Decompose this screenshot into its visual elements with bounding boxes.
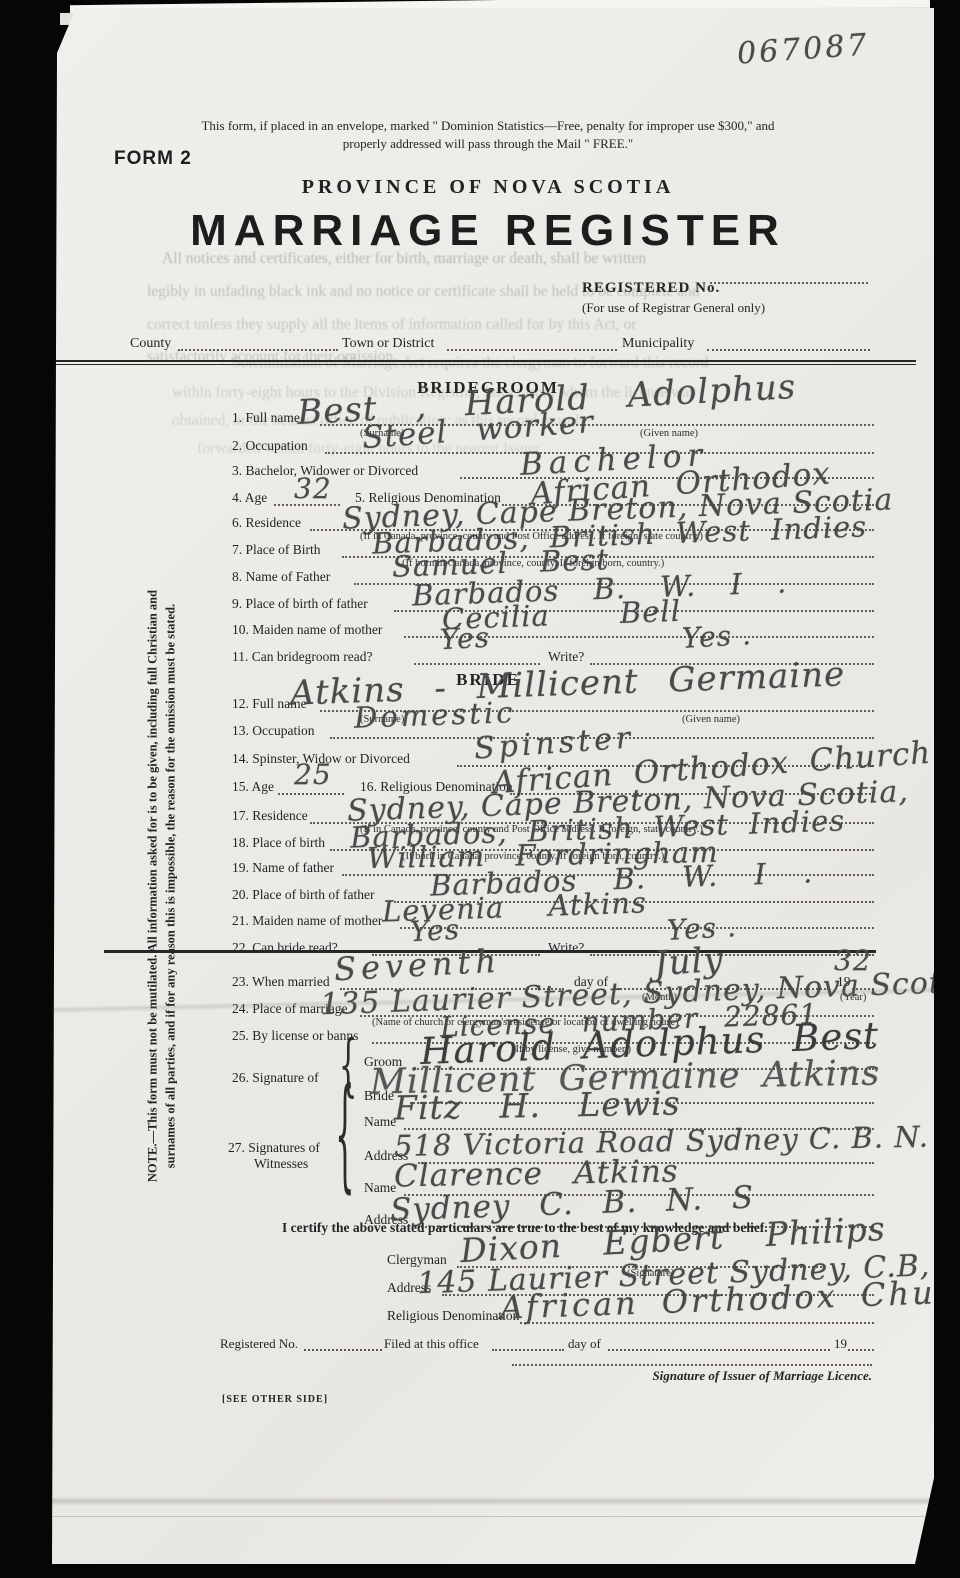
- field-label-bride-age: 15. Age: [232, 779, 274, 795]
- field-label-residence: 6. Residence: [232, 515, 301, 531]
- witness1-name-label: Name: [364, 1114, 396, 1130]
- see-other-side-note: [SEE OTHER SIDE]: [222, 1394, 328, 1405]
- ghost-bleed-line: Solemnization of Marriage Act requires t…: [232, 354, 709, 372]
- dotted-line: [710, 282, 868, 284]
- field-label-bride-mother: 21. Maiden name of mother: [232, 913, 382, 929]
- dotted-line: [400, 927, 874, 929]
- field-label-age: 4. Age: [232, 490, 267, 506]
- province-heading: PROVINCE OF NOVA SCOTIA: [42, 176, 934, 199]
- handwritten-bride-occupation: Domestic: [353, 695, 516, 735]
- dotted-line: [278, 793, 344, 795]
- write-label: Write?: [548, 940, 584, 956]
- dotted-line: [304, 1349, 382, 1351]
- marriage-register-page: All notices and certificates, either for…: [42, 8, 934, 1564]
- handwritten-bridegroom-can-read: Yes: [439, 621, 491, 657]
- dotted-line: [608, 1349, 830, 1351]
- field-label-signature-of: 26. Signature of: [232, 1070, 319, 1086]
- field-label-father: 8. Name of Father: [232, 569, 330, 585]
- town-or-district-label: Town or District: [342, 336, 434, 352]
- footer-year-prefix: 19: [834, 1336, 847, 1352]
- sheet-edge-line: [42, 1516, 934, 1517]
- field-label-full-name: 1. Full name: [232, 410, 300, 426]
- brace-glyph: {: [335, 1064, 354, 1208]
- dotted-line: [447, 349, 617, 351]
- dotted-line: [178, 349, 338, 351]
- issuer-signature-label: Signature of Issuer of Marriage Licence.: [526, 1368, 872, 1384]
- footer-registered-no-label: Registered No.: [220, 1336, 298, 1352]
- field-label-bride-birthplace: 18. Place of birth: [232, 835, 325, 851]
- scanned-document-background: { "scan": { "serial_number": "067087", "…: [0, 0, 960, 1578]
- handwritten-bridegroom-can-write: Yes .: [681, 618, 752, 655]
- municipality-label: Municipality: [622, 336, 694, 352]
- handwritten-witness1-name: Fitz H. Lewis: [394, 1084, 681, 1128]
- handwritten-bridegroom-age: 32: [294, 472, 332, 505]
- dotted-line: [512, 1364, 872, 1366]
- field-label-witnesses-line2: Witnesses: [254, 1156, 308, 1172]
- sidebar-note-line2: surnames of all parties, and if for any …: [162, 559, 180, 1214]
- footer-day-of-label: day of: [568, 1336, 601, 1352]
- field-label-birthplace: 7. Place of Birth: [232, 542, 320, 558]
- page-title: MARRIAGE REGISTER: [42, 206, 934, 256]
- handwritten-bride-can-read: Yes: [409, 913, 461, 949]
- ghost-bleed-line: correct unless they supply all the items…: [147, 316, 636, 334]
- field-label-bride-father-birthplace: 20. Place of birth of father: [232, 887, 374, 903]
- field-label-can-read: 11. Can bridegroom read?: [232, 649, 372, 665]
- field-label-mother: 10. Maiden name of mother: [232, 622, 382, 638]
- double-rule: [54, 360, 916, 362]
- dotted-line: [848, 1349, 874, 1351]
- registrar-only-note: (For use of Registrar General only): [582, 300, 765, 316]
- dotted-line: [492, 1349, 564, 1351]
- given-name-sublabel: (Given name): [682, 714, 740, 725]
- sidebar-note: NOTE.—This form must not be mutilated. A…: [144, 559, 186, 1214]
- field-label-when-married: 23. When married: [232, 974, 330, 990]
- footer-filed-label: Filed at this office: [384, 1336, 479, 1352]
- field-label-bride-can-read: 22. Can bride read?: [232, 940, 338, 956]
- handwritten-serial-number: 067087: [736, 27, 871, 71]
- field-label-occupation: 2. Occupation: [232, 438, 308, 454]
- sidebar-note-line1: NOTE.—This form must not be mutilated. A…: [144, 559, 162, 1214]
- handwritten-bride-age: 25: [294, 758, 332, 791]
- field-label-witnesses-line1: 27. Signatures of: [228, 1140, 320, 1156]
- field-label-bride-residence: 17. Residence: [232, 808, 308, 824]
- registered-no-label: REGISTERED No.: [582, 280, 720, 297]
- mail-notice-line1: This form, if placed in an envelope, mar…: [42, 118, 934, 134]
- dotted-line: [590, 954, 874, 956]
- field-label-bride-father: 19. Name of father: [232, 860, 334, 876]
- double-rule: [54, 364, 916, 365]
- field-label-father-birthplace: 9. Place of birth of father: [232, 596, 368, 612]
- form-number-label: FORM 2: [114, 148, 192, 170]
- county-label: County: [130, 336, 171, 352]
- field-label-bride-occupation: 13. Occupation: [232, 723, 314, 739]
- dotted-line: [707, 349, 870, 351]
- paper-crease: [42, 1490, 934, 1512]
